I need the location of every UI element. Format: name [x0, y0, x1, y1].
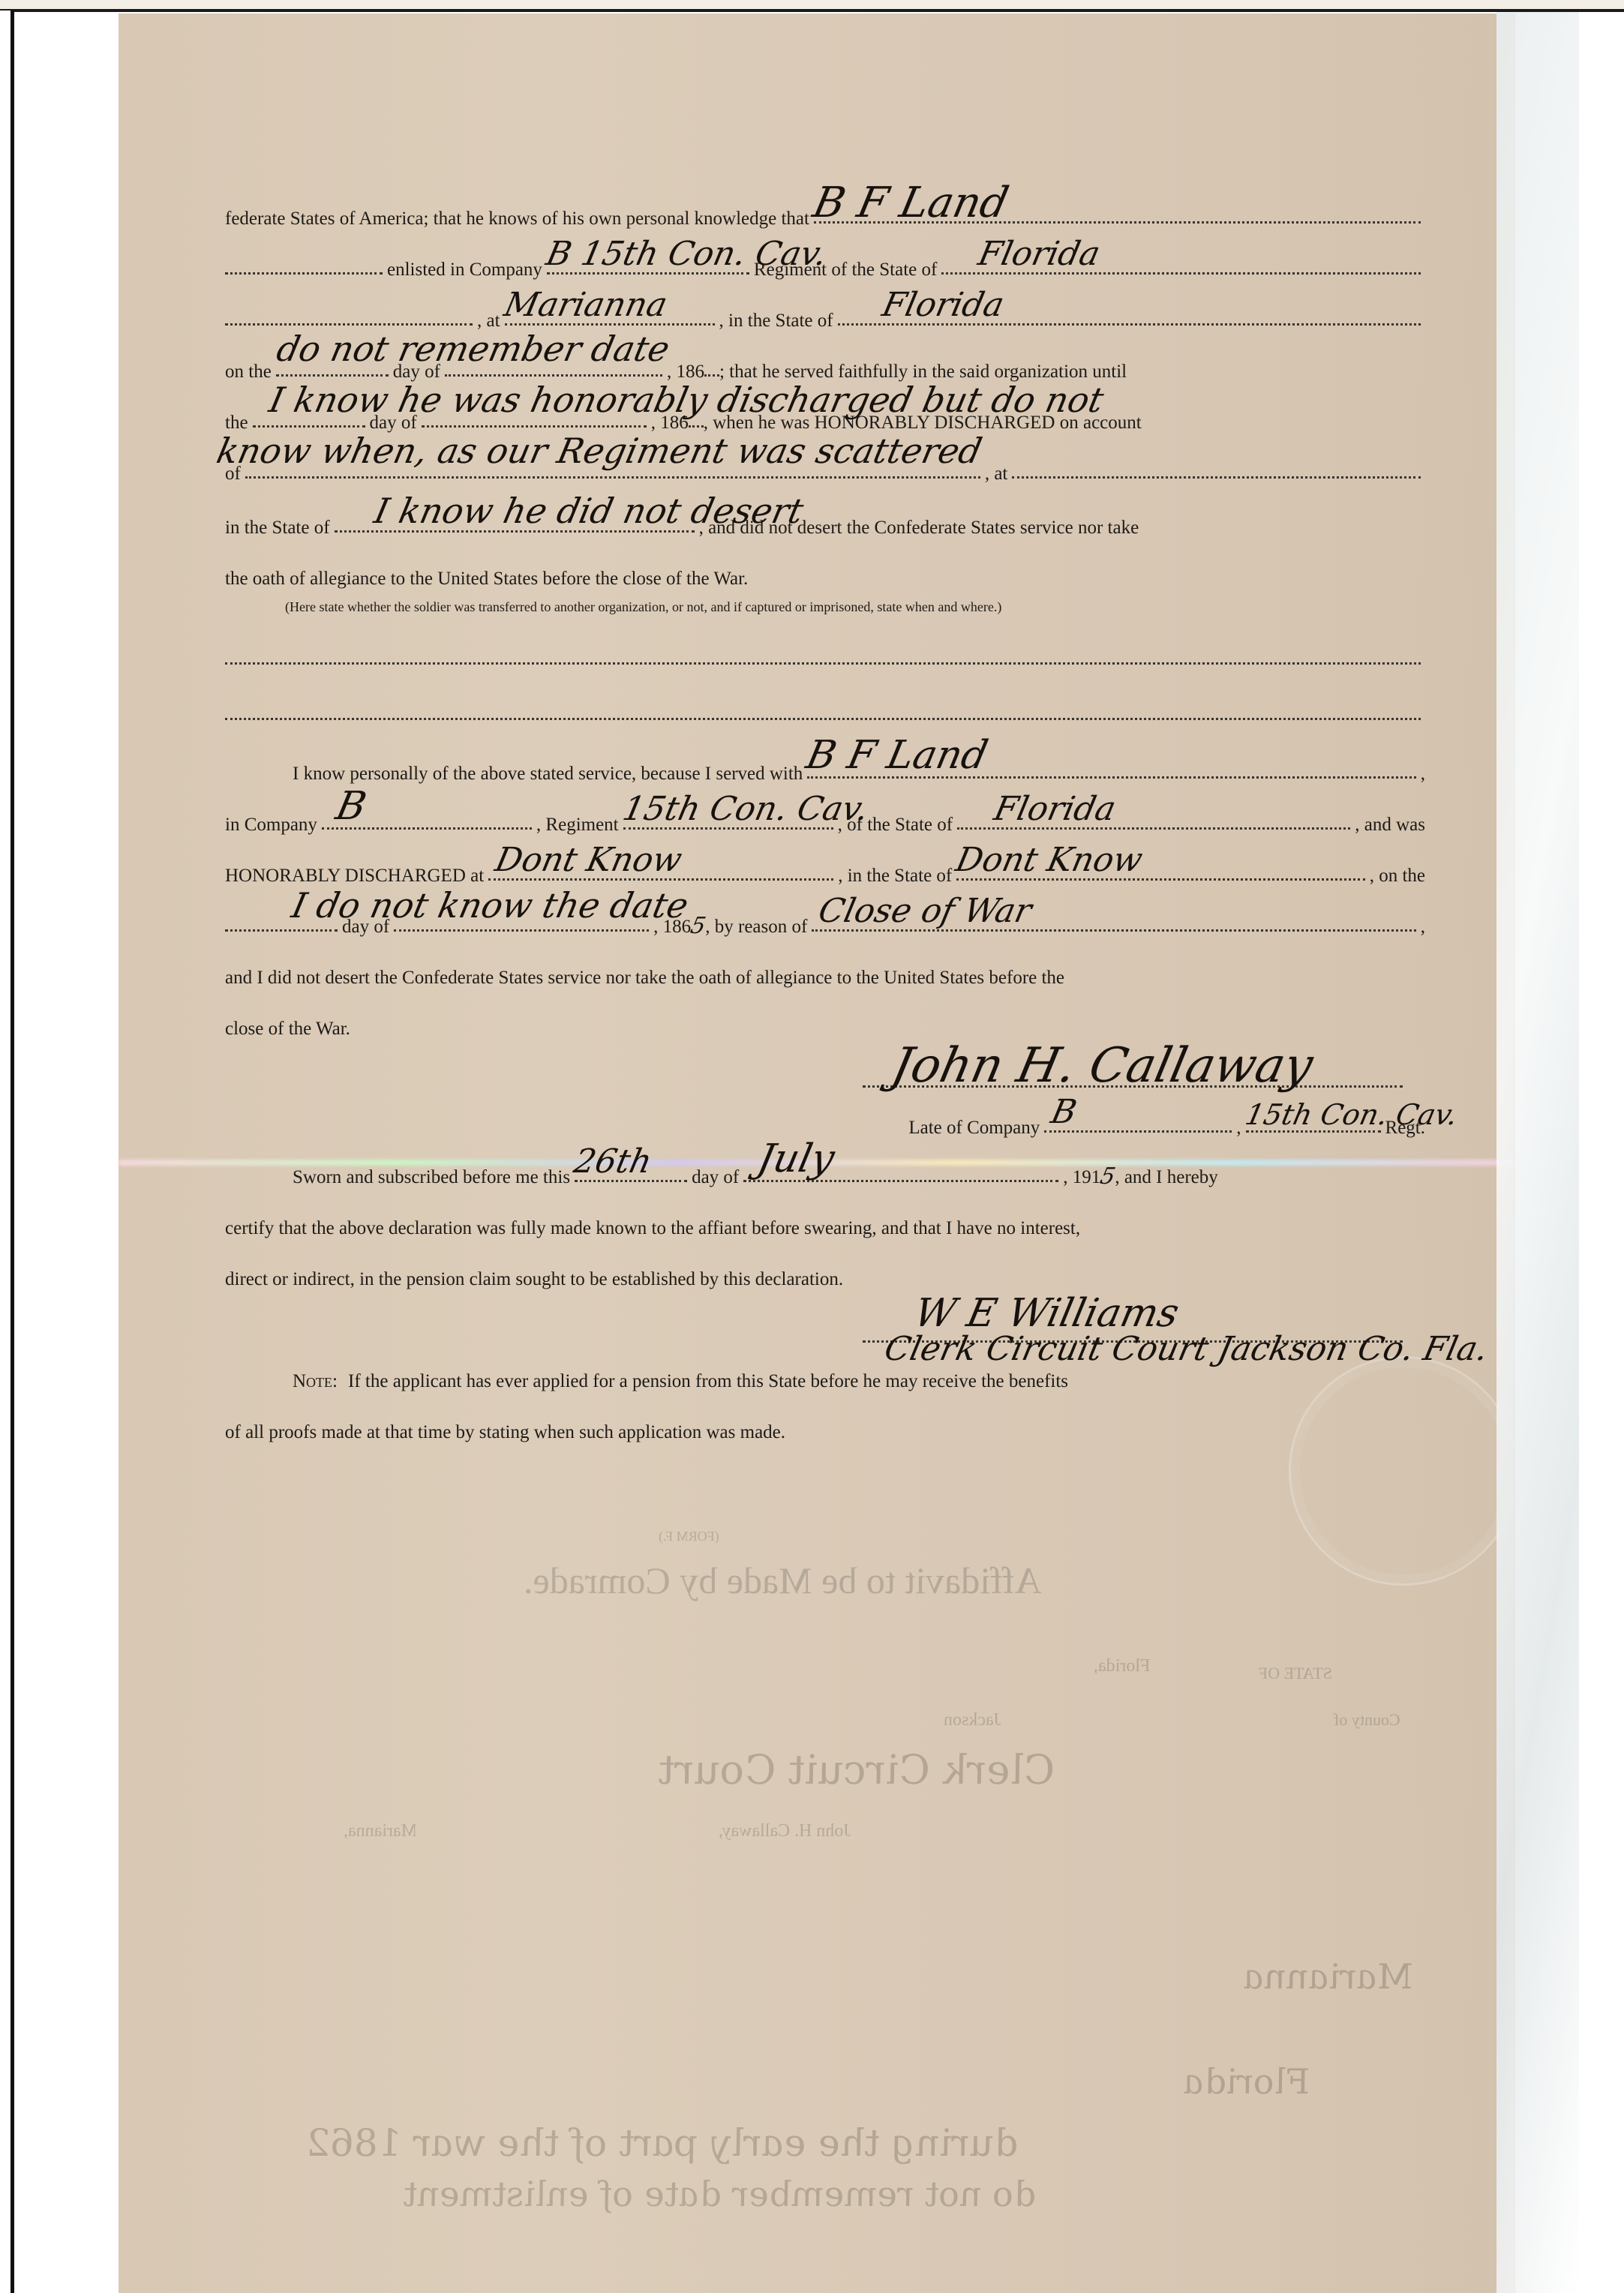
s1-line-on-the: do not remember date on the day of , 186…: [225, 357, 1425, 383]
transfer-details-field-1[interactable]: [225, 662, 1421, 665]
s2-discharge-place-field[interactable]: Dont Know: [488, 878, 833, 881]
s1-text: federate States of America; that he know…: [225, 209, 809, 230]
discharge-place-field[interactable]: [1012, 476, 1421, 479]
discharge-account-field[interactable]: [245, 476, 980, 479]
comrade-soldier-field[interactable]: B F Land: [807, 776, 1415, 779]
hw-company: B 15th Con. Cav.: [543, 238, 830, 271]
discharge-day-field[interactable]: [253, 425, 365, 428]
s2-day-field[interactable]: [225, 929, 338, 932]
s1-text: on the: [225, 362, 272, 383]
s1-line-of: know when, as our Regiment was scattered…: [225, 459, 1425, 485]
hw-s2-company: B: [332, 787, 369, 826]
bleed-through-county-value: Jackson: [944, 1710, 1001, 1730]
s2-state-field[interactable]: Florida: [957, 827, 1350, 830]
s2-text: , in the State of: [838, 866, 952, 887]
note-line-2: of all proofs made at that time by stati…: [225, 1418, 1425, 1443]
s2-text: close of the War.: [225, 1019, 350, 1040]
jurat-text: , 191: [1063, 1167, 1100, 1188]
s2-line-oath: and I did not desert the Confederate Sta…: [225, 963, 1425, 989]
plastic-sleeve-edge: [1496, 12, 1579, 2293]
bleed-through-state-label: STATE OF: [1259, 1664, 1332, 1683]
bleed-through-hw-line2: do not remember date of enlistment: [399, 2174, 1040, 2214]
s1-line-oath: the oath of allegiance to the United Sta…: [225, 564, 1425, 590]
s1-line-enlisted: enlisted in Company B 15th Con. Cav. Reg…: [225, 255, 1425, 281]
hw-s2-note-date: I do not know the date: [289, 888, 691, 923]
hw-late-regiment: 15th Con. Cav.: [1242, 1100, 1460, 1129]
s2-line-company: in Company B , Regiment 15th Con. Cav. ,…: [225, 810, 1425, 836]
s2-company-field[interactable]: B: [322, 827, 532, 830]
note-text: of all proofs made at that time by stati…: [225, 1422, 785, 1443]
hw-place-state: Florida: [879, 289, 1007, 322]
hw-official-signature: W E Williams: [911, 1294, 1182, 1333]
bleed-through-name: John H. Callaway,: [719, 1821, 851, 1841]
s1-line-state-of: I know he did not desert in the State of…: [225, 513, 1425, 539]
bleed-through-state-value: Florida,: [1094, 1656, 1150, 1676]
hw-place: Marianna: [501, 289, 670, 322]
hw-s2-reason: Close of War: [816, 895, 1035, 928]
s2-line-discharged: HONORABLY DISCHARGED at Dont Know , in t…: [225, 861, 1425, 887]
note-label: Note:: [293, 1371, 338, 1392]
bleed-through-county-label: County of: [1334, 1710, 1400, 1730]
s2-text: in Company: [225, 815, 317, 836]
note-line-1: Note: If the applicant has ever applied …: [225, 1367, 1425, 1392]
s2-text: and I did not desert the Confederate Sta…: [225, 968, 1064, 989]
s2-regiment-field[interactable]: 15th Con. Cav.: [623, 827, 833, 830]
enlist-place-blank[interactable]: [225, 323, 473, 326]
s2-line-day-of: I do not know the date day of , 186 5 , …: [225, 912, 1425, 938]
soldier-name-field[interactable]: B F Land: [814, 221, 1421, 224]
s1-instruction: (Here state whether the soldier was tran…: [225, 596, 1425, 615]
affiant-signature-line: John H. Callaway: [225, 1049, 1425, 1094]
enlist-month-field[interactable]: [445, 374, 662, 377]
s1-text: , at: [985, 464, 1008, 485]
hw-s2-state: Florida: [991, 793, 1118, 826]
scanner-top-edge: [0, 0, 1624, 12]
place-field[interactable]: Marianna: [505, 323, 715, 326]
hw-note-desert: I know he did not desert: [371, 494, 806, 528]
hw-soldier-name: B F Land: [809, 182, 1012, 224]
jurat-text: direct or indirect, in the pension claim…: [225, 1269, 843, 1290]
affiant-signature-field[interactable]: John H. Callaway: [863, 1085, 1403, 1088]
s2-text: , Regiment: [536, 815, 619, 836]
s1-blank-line-1: [225, 645, 1425, 671]
enlist-day-field[interactable]: [276, 374, 389, 377]
s2-text: HONORABLY DISCHARGED at: [225, 866, 484, 887]
hw-state: Florida: [976, 238, 1103, 271]
hw-late-company: B: [1049, 1096, 1080, 1129]
place-state-field[interactable]: Florida: [838, 323, 1421, 326]
bleed-through-hw-state: Florida: [1179, 2061, 1313, 2102]
s2-month-field[interactable]: [394, 929, 649, 932]
hw-comrade-soldier: B F Land: [803, 736, 992, 775]
s2-text: , on the: [1370, 866, 1425, 887]
discharge-month-field[interactable]: [422, 425, 647, 428]
hw-jurat-month: July: [755, 1139, 838, 1178]
official-signature-line: W E Williams Clerk Circuit Court Jackson…: [225, 1296, 1425, 1349]
affidavit-body: federate States of America; that he know…: [225, 173, 1425, 1443]
late-company-field[interactable]: B: [1044, 1130, 1232, 1133]
hw-note-discharge-1: I know he was honorably discharged but d…: [266, 383, 1106, 417]
s2-text: , by reason of: [705, 917, 807, 938]
s2-text: I know personally of the above stated se…: [293, 764, 803, 785]
scanner-left-edge: [0, 11, 14, 2293]
s1-line-soldier: federate States of America; that he know…: [225, 204, 1425, 230]
jurat-day-field[interactable]: 26th: [575, 1179, 687, 1182]
late-regiment-field[interactable]: 15th Con. Cav.: [1246, 1130, 1381, 1133]
jurat-month-field[interactable]: July: [743, 1179, 1058, 1182]
note-text: If the applicant has ever applied for a …: [348, 1371, 1068, 1392]
s1-text: in the State of: [225, 518, 330, 539]
hw-official-title: Clerk Circuit Court Jackson Co. Fla.: [881, 1333, 1490, 1366]
s2-line-close: close of the War.: [225, 1014, 1425, 1040]
bleed-through-form-label: (FORM F.): [659, 1529, 719, 1544]
state-field[interactable]: Florida: [941, 272, 1421, 275]
hw-s2-discharge-state: Dont Know: [953, 844, 1145, 877]
jurat-line-3: direct or indirect, in the pension claim…: [225, 1265, 1425, 1290]
bleed-through-residence: Marianna,: [344, 1821, 417, 1841]
s2-text: , and was: [1355, 815, 1425, 836]
s1-line-the-day: I know he was honorably discharged but d…: [225, 408, 1425, 434]
s1-text: , in the State of: [719, 311, 833, 332]
bleed-through-hw-place: Marianna: [1239, 1956, 1417, 1997]
bleed-through-hw-court: Clerk Circuit Court: [653, 1746, 1059, 1793]
hw-note-discharge-2: know when, as our Regiment was scattered: [214, 434, 985, 468]
bleed-through-title: Affidavit to be Made by Comrade.: [524, 1559, 1042, 1602]
s1-blank-line-2: [225, 701, 1425, 726]
s2-line-served-with: I know personally of the above stated se…: [225, 759, 1425, 785]
transfer-details-field-2[interactable]: [225, 717, 1421, 720]
enlisted-date-field[interactable]: [225, 272, 383, 275]
hw-affiant-signature: John H. Callaway: [887, 1042, 1316, 1090]
s2-reason-field[interactable]: Close of War: [812, 929, 1415, 932]
jurat-line-1: Sworn and subscribed before me this 26th…: [225, 1163, 1425, 1188]
hw-jurat-day: 26th: [571, 1145, 654, 1178]
hw-s2-discharge-place: Dont Know: [493, 844, 685, 877]
instruction-text: (Here state whether the soldier was tran…: [285, 599, 1001, 615]
jurat-text: , and I hereby: [1115, 1167, 1217, 1188]
late-of-company-label: Late of Company: [908, 1118, 1040, 1139]
s1-line-place: , at Marianna , in the State of Florida: [225, 306, 1425, 332]
jurat-text: certify that the above declaration was f…: [225, 1218, 1080, 1239]
company-field[interactable]: B 15th Con. Cav.: [547, 272, 749, 275]
hw-s2-regiment: 15th Con. Cav.: [620, 793, 871, 826]
jurat-text: day of: [692, 1167, 739, 1188]
enlist-year-field[interactable]: [704, 374, 719, 377]
hw-note-date: do not remember date: [274, 332, 673, 366]
s1-text: enlisted in Company: [387, 260, 542, 281]
jurat-text: Sworn and subscribed before me this: [293, 1167, 570, 1188]
late-of-company-line: Late of Company B , 15th Con. Cav. Regt.: [225, 1113, 1425, 1139]
official-signature-field[interactable]: W E Williams Clerk Circuit Court Jackson…: [863, 1340, 1403, 1343]
s1-text: the oath of allegiance to the United Sta…: [225, 569, 748, 590]
discharge-state-field[interactable]: [335, 530, 695, 533]
s2-discharge-state-field[interactable]: Dont Know: [956, 878, 1364, 881]
discharge-year-field[interactable]: [689, 425, 704, 428]
jurat-line-2: certify that the above declaration was f…: [225, 1214, 1425, 1239]
bleed-through-hw-line1: during the early part of the war 1862: [302, 2121, 1022, 2165]
